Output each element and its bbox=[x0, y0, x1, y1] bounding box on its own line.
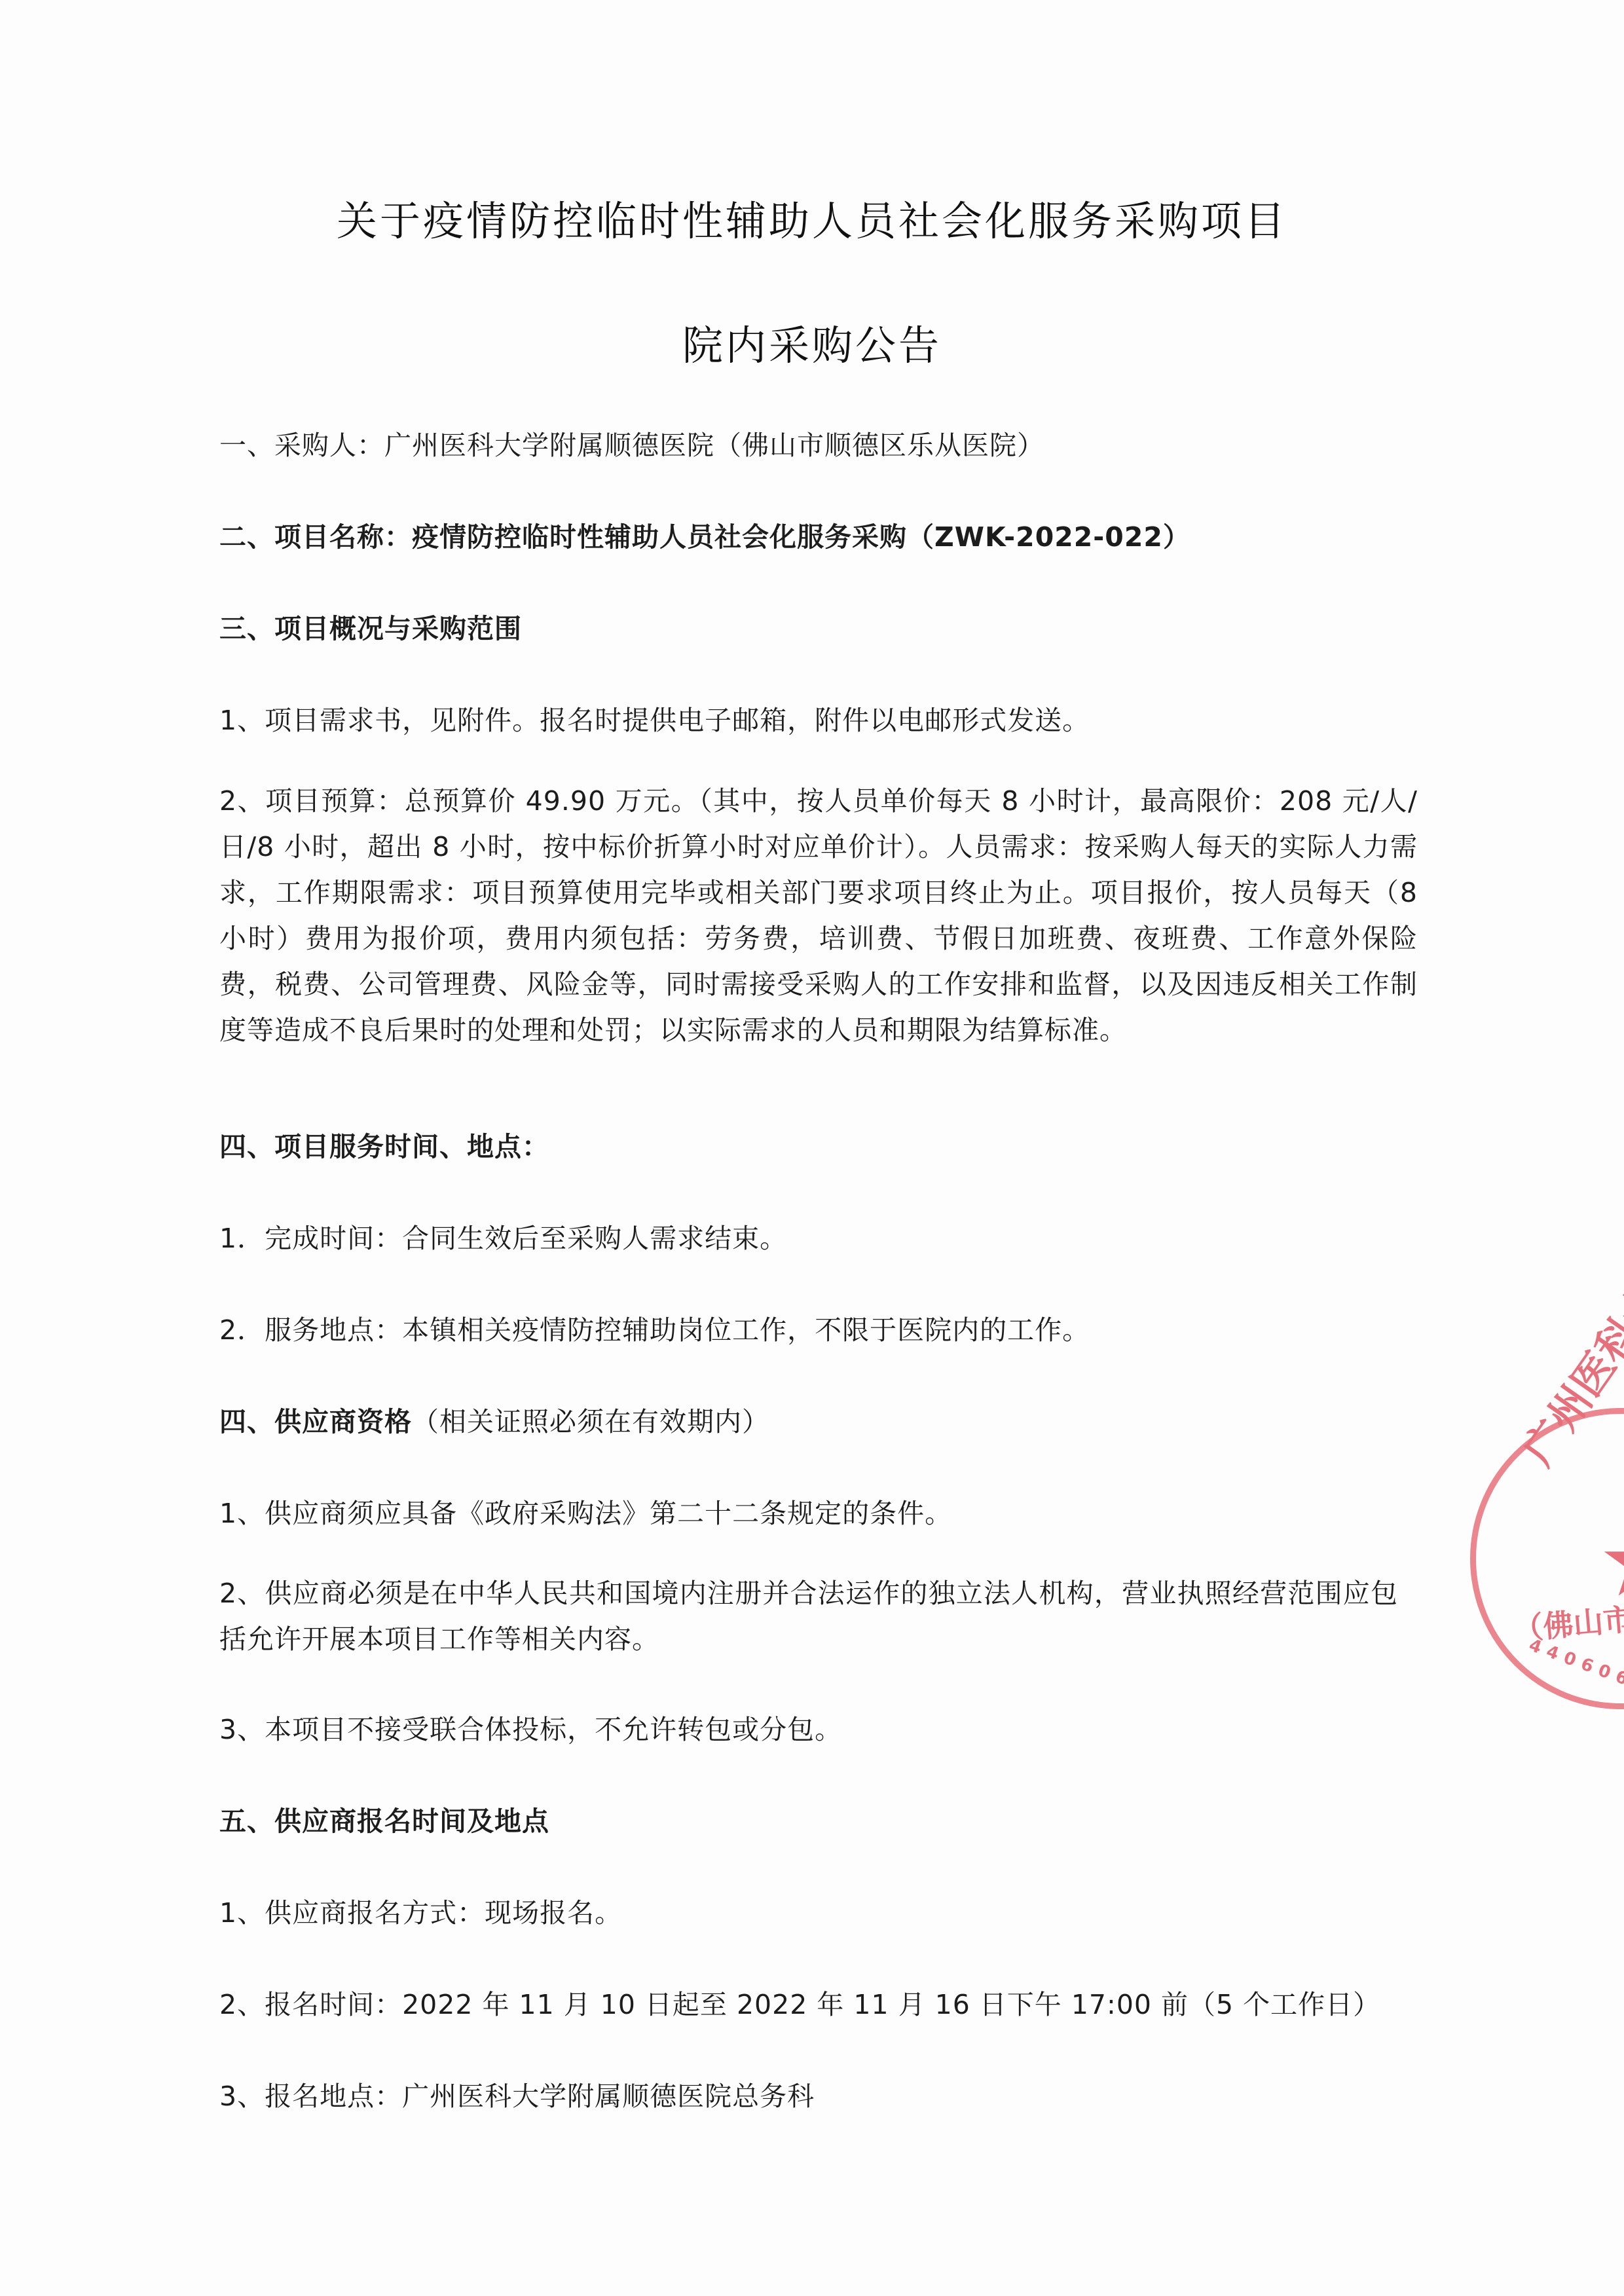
overview-item-1: 1、项目需求书，见附件。报名时提供电子邮箱，附件以电邮形式发送。 bbox=[219, 699, 1090, 737]
service-heading: 四、项目服务时间、地点： bbox=[219, 1125, 549, 1164]
project-name-line: 二、项目名称：疫情防控临时性辅助人员社会化服务采购（ZWK-2022-022） bbox=[219, 515, 1190, 554]
registration-item-2: 2、报名时间：2022 年 11 月 10 日起至 2022 年 11 月 16… bbox=[219, 1983, 1380, 2022]
qualification-item-1: 1、供应商须应具备《政府采购法》第二十二条规定的条件。 bbox=[219, 1492, 952, 1530]
purchaser-line: 一、采购人：广州医科大学附属顺德医院（佛山市顺德区乐从医院） bbox=[219, 424, 1044, 462]
overview-heading: 三、项目概况与采购范围 bbox=[219, 607, 522, 646]
qualification-heading: 四、供应商资格 bbox=[219, 1406, 412, 1437]
service-item-1: 1．完成时间：合同生效后至采购人需求结束。 bbox=[219, 1217, 787, 1255]
project-name-value: 疫情防控临时性辅助人员社会化服务采购（ZWK-2022-022） bbox=[412, 521, 1190, 553]
service-item-2: 2．服务地点：本镇相关疫情防控辅助岗位工作，不限于医院内的工作。 bbox=[219, 1308, 1090, 1347]
document-title-line1: 关于疫情防控临时性辅助人员社会化服务采购项目 bbox=[0, 189, 1624, 247]
qualification-item-3: 3、本项目不接受联合体投标，不允许转包或分包。 bbox=[219, 1708, 842, 1747]
qualification-heading-line: 四、供应商资格（相关证照必须在有效期内） bbox=[219, 1400, 769, 1439]
qualification-item-2: 2、供应商必须是在中华人民共和国境内注册并合法运作的独立法人机构，营业执照经营范… bbox=[219, 1570, 1398, 1662]
overview-item-2: 2、项目预算：总预算价 49.90 万元。（其中，按人员单价每天 8 小时计，最… bbox=[219, 778, 1418, 1053]
registration-item-3: 3、报名地点：广州医科大学附属顺德医院总务科 bbox=[219, 2075, 815, 2113]
registration-heading: 五、供应商报名时间及地点 bbox=[219, 1800, 549, 1838]
qualification-note: （相关证照必须在有效期内） bbox=[412, 1406, 769, 1437]
project-name-label: 二、项目名称： bbox=[219, 521, 412, 553]
document-title-line2: 院内采购公告 bbox=[0, 313, 1624, 371]
registration-item-1: 1、供应商报名方式：现场报名。 bbox=[219, 1891, 622, 1930]
